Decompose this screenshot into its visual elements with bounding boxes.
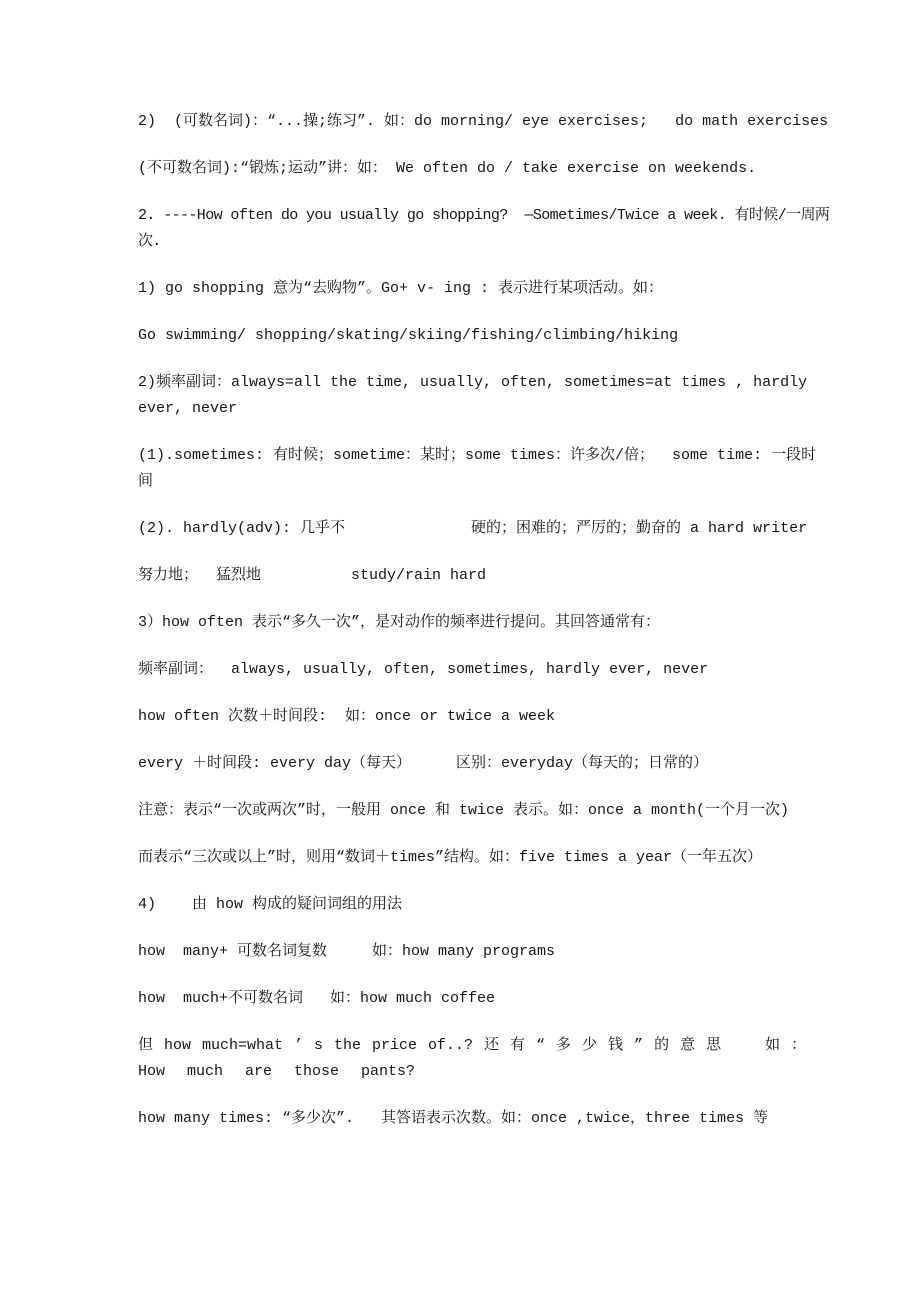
text-line: 2) (可数名词)：“...操;练习”. 如：do morning/ eye e… <box>138 109 838 135</box>
document-page: 2) (可数名词)：“...操;练习”. 如：do morning/ eye e… <box>0 0 920 1302</box>
paragraph: how often 次数＋时间段: 如：once or twice a week <box>138 704 838 730</box>
paragraph: every ＋时间段: every day（每天） 区别：everyday（每天… <box>138 751 838 777</box>
text-line: 次. <box>138 229 838 255</box>
text-line: (不可数名词):“锻炼;运动”讲：如： We often do / take e… <box>138 156 838 182</box>
paragraph: how much+不可数名词 如：how much coffee <box>138 986 838 1012</box>
text-line: 1) go shopping 意为“去购物”。Go+ v- ing : 表示进行… <box>138 276 838 302</box>
paragraph: Go swimming/ shopping/skating/skiing/fis… <box>138 323 838 349</box>
text-line: Go swimming/ shopping/skating/skiing/fis… <box>138 323 838 349</box>
paragraph: 2) (可数名词)：“...操;练习”. 如：do morning/ eye e… <box>138 109 838 135</box>
text-line: 4) 由 how 构成的疑问词组的用法 <box>138 892 838 918</box>
paragraph: 1) go shopping 意为“去购物”。Go+ v- ing : 表示进行… <box>138 276 838 302</box>
text-line: (2). hardly(adv): 几乎不 硬的；困难的；严厉的；勤奋的 a h… <box>138 516 838 542</box>
text-line: 间 <box>138 469 838 495</box>
paragraph: (不可数名词):“锻炼;运动”讲：如： We often do / take e… <box>138 156 838 182</box>
paragraph: how many+ 可数名词复数 如：how many programs <box>138 939 838 965</box>
paragraph: 2. ----How often do you usually go shopp… <box>138 203 838 255</box>
text-line: 注意：表示“一次或两次”时，一般用 once 和 twice 表示。如：once… <box>138 798 838 824</box>
paragraph: 努力地； 猛烈地 study/rain hard <box>138 563 838 589</box>
text-line: (1).sometimes: 有时候；sometime：某时；some time… <box>138 443 838 469</box>
text-line: 努力地； 猛烈地 study/rain hard <box>138 563 838 589</box>
paragraph: 频率副词： always, usually, often, sometimes,… <box>138 657 838 683</box>
paragraph: (1).sometimes: 有时候；sometime：某时；some time… <box>138 443 838 495</box>
paragraph: 但 how much=what ’ s the price of..? 还 有 … <box>138 1033 838 1085</box>
paragraph: how many times: “多少次”. 其答语表示次数。如：once ,t… <box>138 1106 838 1132</box>
text-line: 但 how much=what ’ s the price of..? 还 有 … <box>138 1033 838 1059</box>
paragraph: (2). hardly(adv): 几乎不 硬的；困难的；严厉的；勤奋的 a h… <box>138 516 838 542</box>
text-line: How much are those pants? <box>138 1059 838 1085</box>
paragraph: 4) 由 how 构成的疑问词组的用法 <box>138 892 838 918</box>
text-line: how many times: “多少次”. 其答语表示次数。如：once ,t… <box>138 1106 838 1132</box>
paragraph: 2)频率副词：always=all the time, usually, oft… <box>138 370 838 422</box>
text-line: 频率副词： always, usually, often, sometimes,… <box>138 657 838 683</box>
paragraph: 3）how often 表示“多久一次”，是对动作的频率进行提问。其回答通常有： <box>138 610 838 636</box>
text-line: 2. ----How often do you usually go shopp… <box>138 203 838 229</box>
paragraph: 注意：表示“一次或两次”时，一般用 once 和 twice 表示。如：once… <box>138 798 838 824</box>
text-line: 3）how often 表示“多久一次”，是对动作的频率进行提问。其回答通常有： <box>138 610 838 636</box>
text-line: how many+ 可数名词复数 如：how many programs <box>138 939 838 965</box>
paragraph: 而表示“三次或以上”时，则用“数词＋times”结构。如：five times … <box>138 845 838 871</box>
text-line: how much+不可数名词 如：how much coffee <box>138 986 838 1012</box>
text-line: ever, never <box>138 396 838 422</box>
document-body: 2) (可数名词)：“...操;练习”. 如：do morning/ eye e… <box>138 109 838 1132</box>
text-line: 2)频率副词：always=all the time, usually, oft… <box>138 370 838 396</box>
text-line: every ＋时间段: every day（每天） 区别：everyday（每天… <box>138 751 838 777</box>
text-line: 而表示“三次或以上”时，则用“数词＋times”结构。如：five times … <box>138 845 838 871</box>
text-line: how often 次数＋时间段: 如：once or twice a week <box>138 704 838 730</box>
